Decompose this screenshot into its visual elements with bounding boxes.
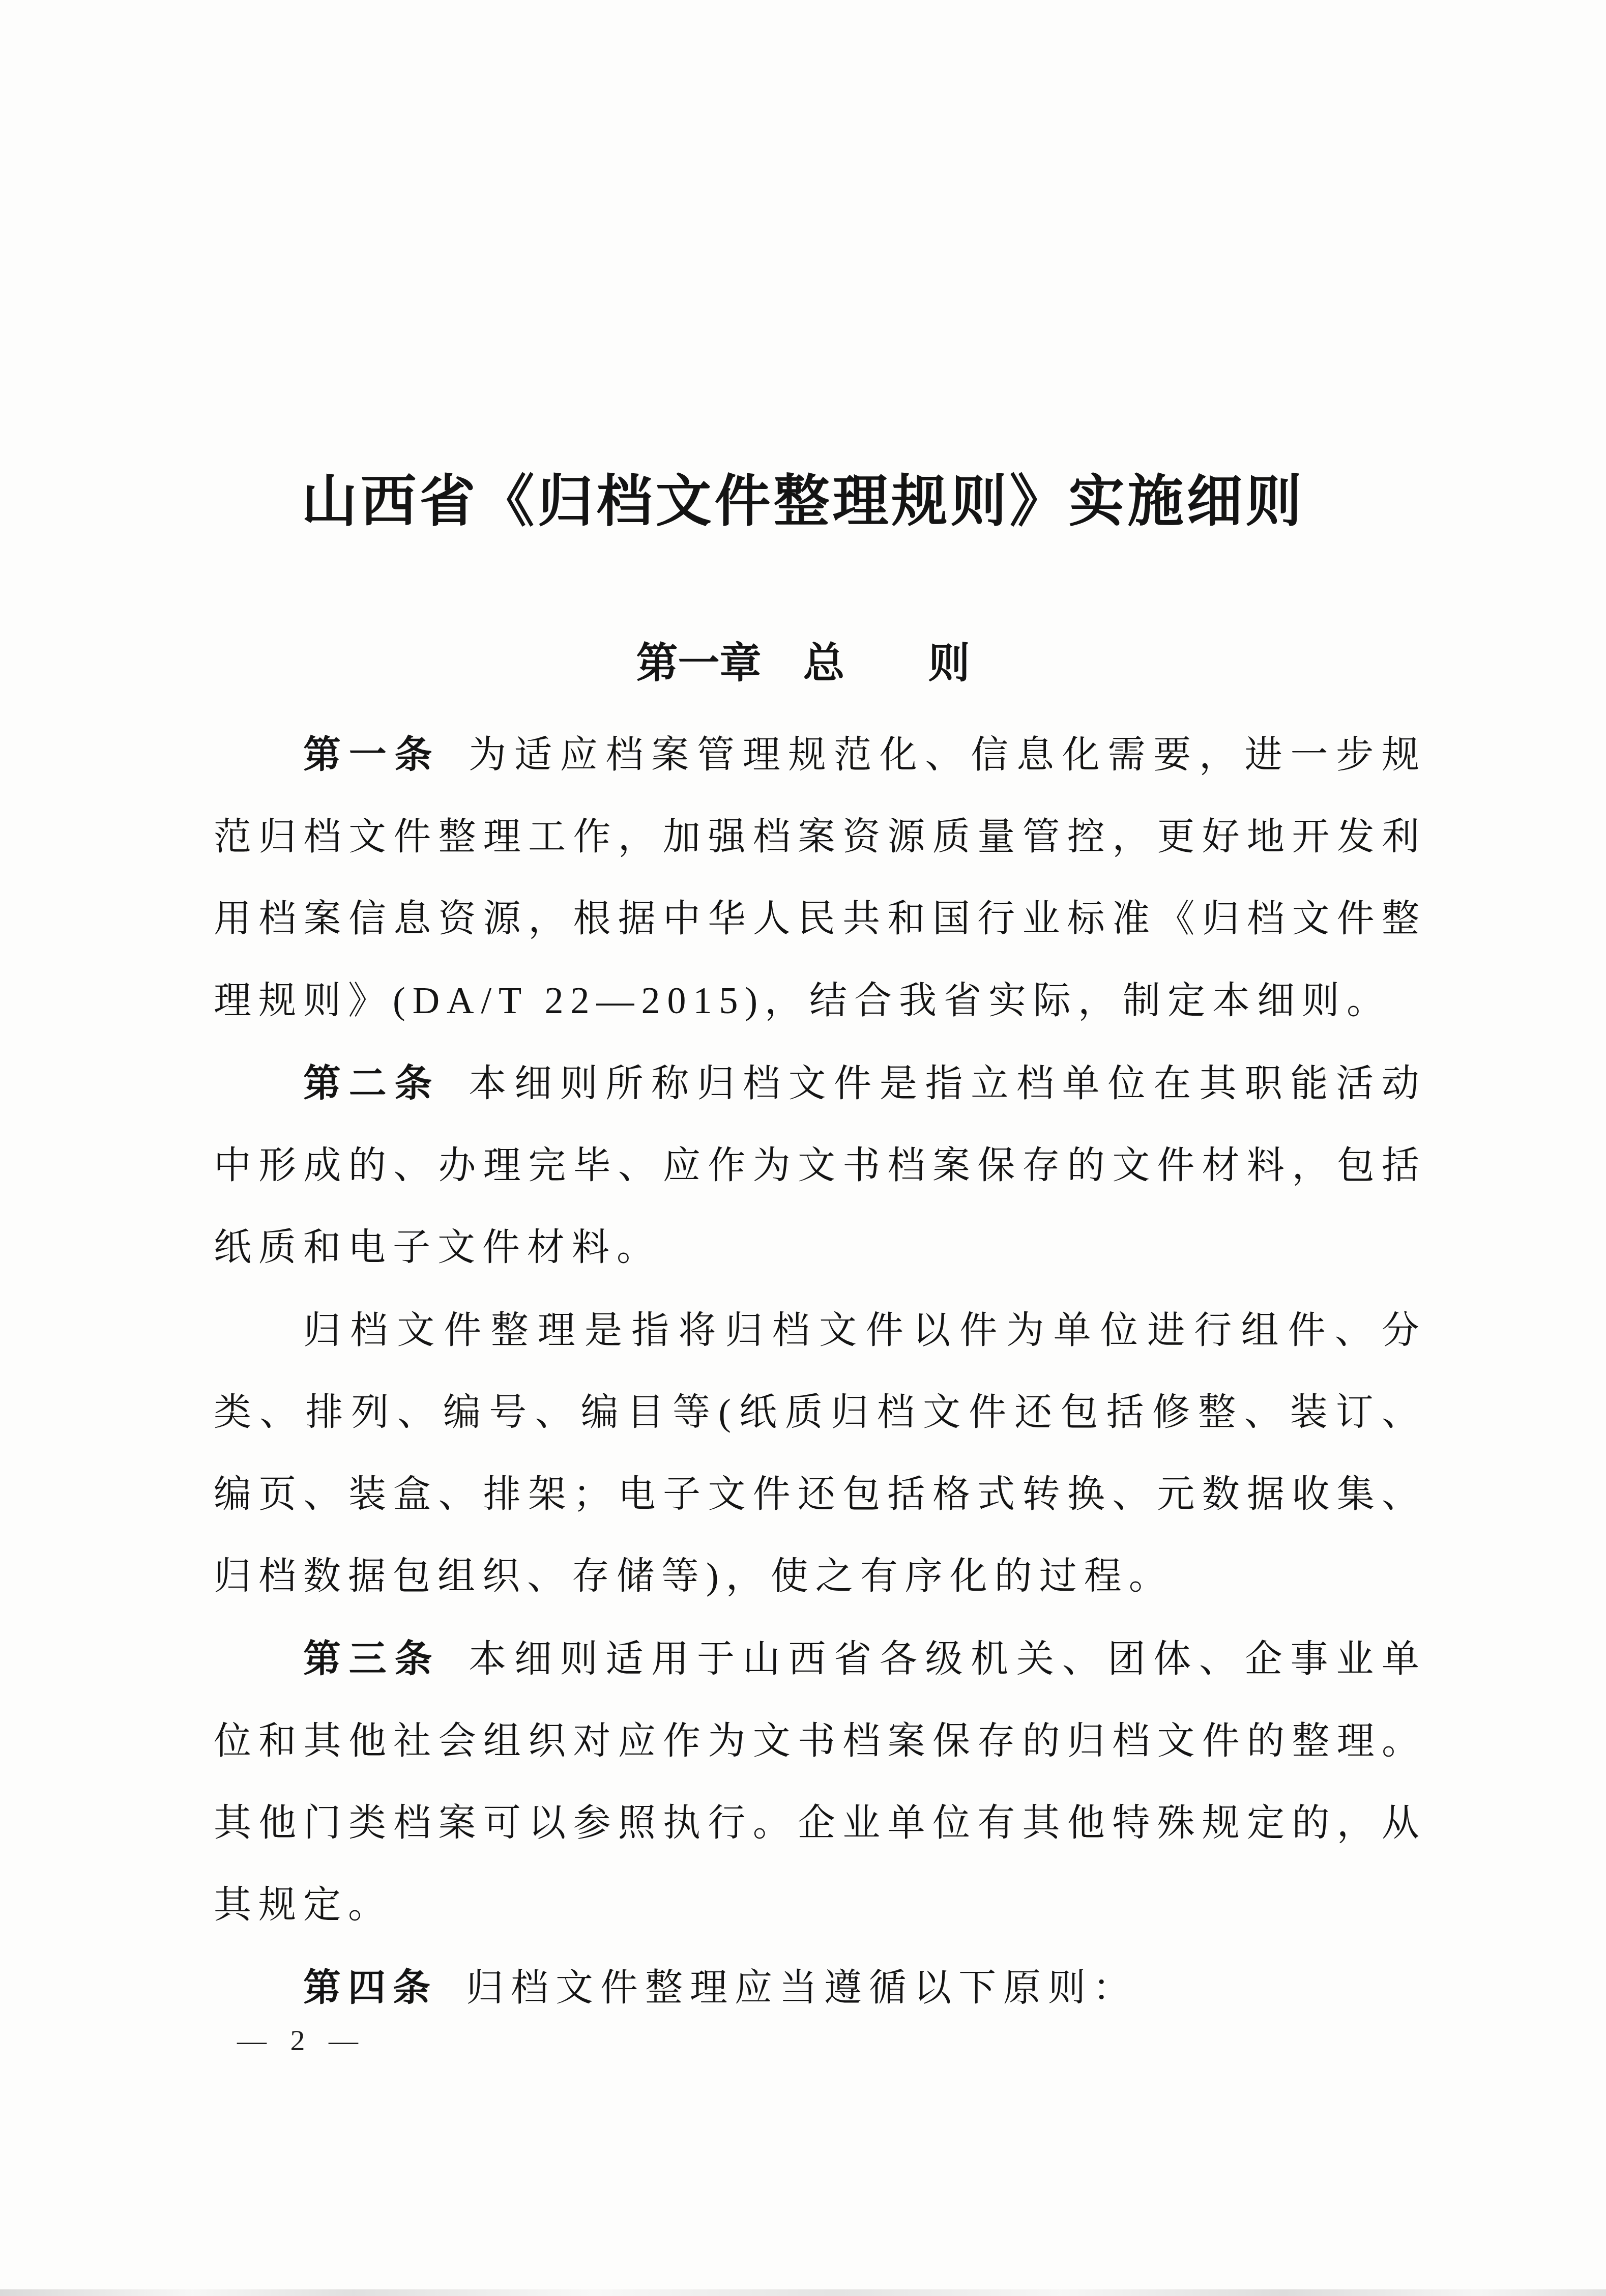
- paragraph-text: 本细则适用于山西省各级机关、团体、企事业单位和其他社会组织对应作为文书档案保存的…: [214, 1639, 1426, 1926]
- article-number-lead: 第三条: [303, 1638, 440, 1680]
- paragraph: 第三条本细则适用于山西省各级机关、团体、企事业单位和其他社会组织对应作为文书档案…: [214, 1618, 1426, 1946]
- scanned-document-page: 山西省《归档文件整理规则》实施细则 第一章 总 则 第一条为适应档案管理规范化、…: [0, 0, 1606, 2296]
- document-title: 山西省《归档文件整理规则》实施细则: [0, 468, 1606, 535]
- paragraph: 第二条本细则所称归档文件是指立档单位在其职能活动中形成的、办理完毕、应作为文书档…: [214, 1042, 1426, 1289]
- paragraph-text: 归档文件整理是指将归档文件以件为单位进行组件、分类、排列、编号、编目等(纸质归档…: [214, 1310, 1426, 1597]
- paragraph-text: 为适应档案管理规范化、信息化需要，进一步规范归档文件整理工作，加强档案资源质量管…: [214, 734, 1426, 1022]
- chapter-heading: 第一章 总 则: [0, 638, 1606, 689]
- article-number-lead: 第一条: [303, 733, 440, 776]
- page-number-footer: — 2 —: [237, 2020, 366, 2061]
- paragraph: 第一条为适应档案管理规范化、信息化需要，进一步规范归档文件整理工作，加强档案资源…: [214, 713, 1426, 1042]
- article-number-lead: 第四条: [303, 1966, 437, 2008]
- scan-edge-artifact: [0, 2289, 1606, 2296]
- paragraph: 归档文件整理是指将归档文件以件为单位进行组件、分类、排列、编号、编目等(纸质归档…: [214, 1289, 1426, 1618]
- paragraph: 第四条归档文件整理应当遵循以下原则：: [214, 1946, 1426, 2029]
- document-body: 第一条为适应档案管理规范化、信息化需要，进一步规范归档文件整理工作，加强档案资源…: [214, 713, 1426, 2029]
- article-number-lead: 第二条: [303, 1062, 440, 1104]
- paragraph-text: 归档文件整理应当遵循以下原则：: [466, 1967, 1137, 2009]
